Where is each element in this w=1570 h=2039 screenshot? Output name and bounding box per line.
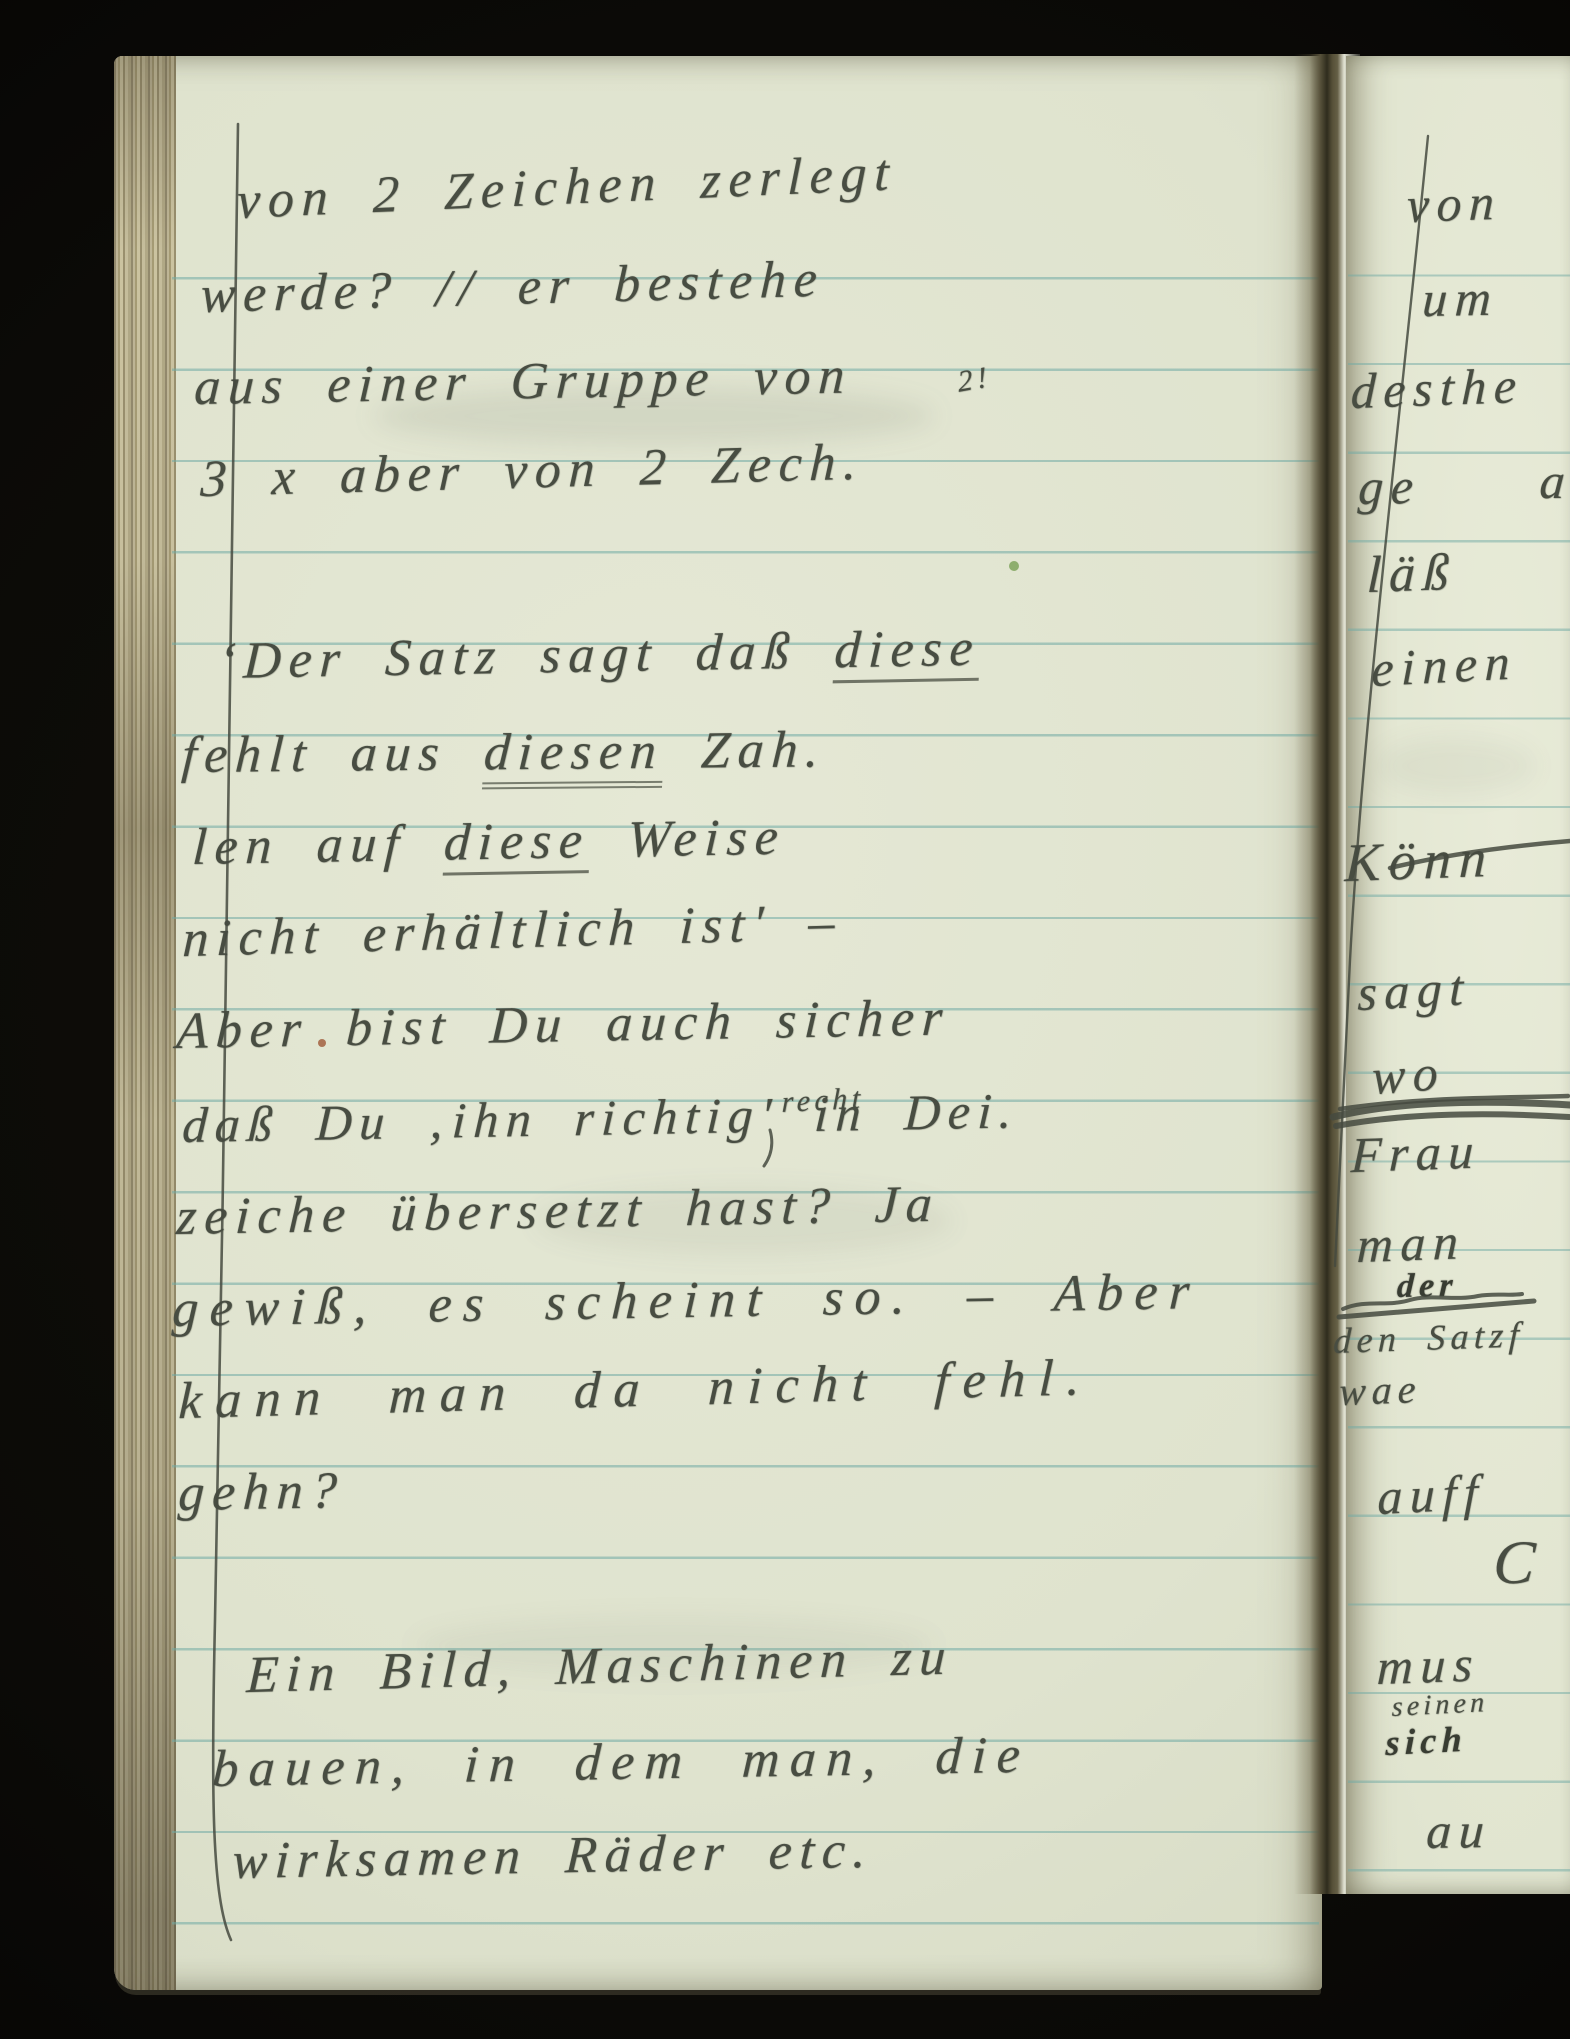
smudge: [414, 1616, 934, 1676]
smudge: [374, 386, 934, 446]
right-page: [1346, 56, 1570, 1894]
smudge: [534, 1186, 954, 1256]
ruled-lines: [1348, 188, 1570, 1884]
ruled-lines: [172, 188, 1319, 1976]
page-edge-stack: [114, 56, 176, 1990]
left-page: [114, 56, 1322, 1990]
notebook-scan: von 2 Zeichen zerlegtwerde? // er besteh…: [0, 0, 1570, 2039]
smudge: [1376, 736, 1536, 796]
